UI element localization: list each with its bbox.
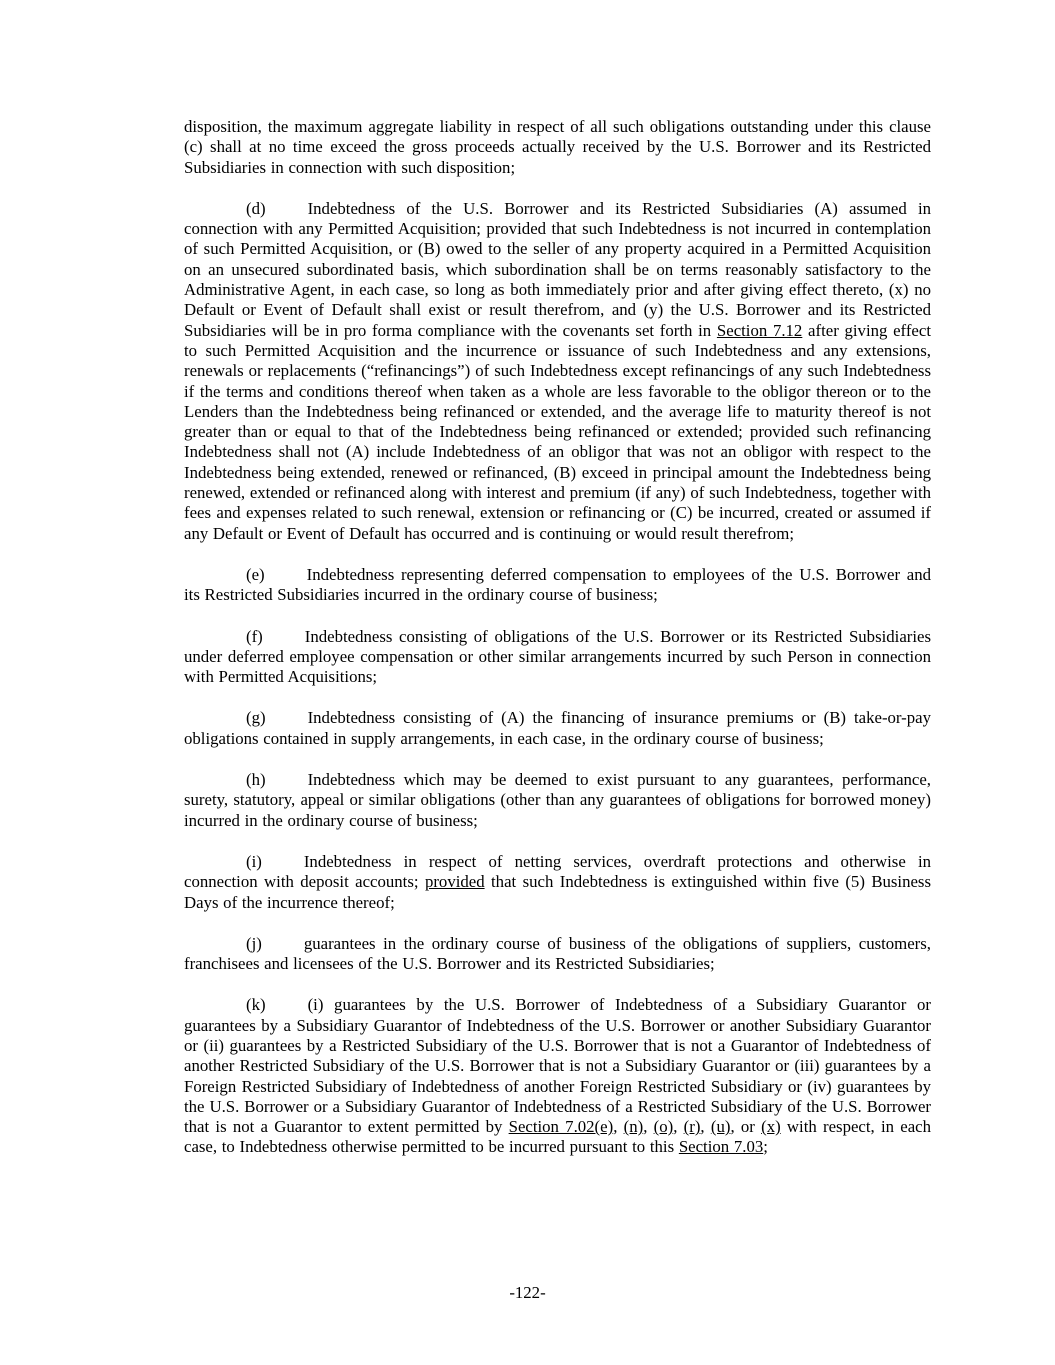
underlined-reference: Section 7.12 [717, 321, 802, 340]
paragraph-label: (d) [246, 199, 266, 218]
underlined-reference: provided [425, 872, 485, 891]
paragraph-label: (e) [246, 565, 265, 584]
paragraph: (i)Indebtedness in respect of netting se… [184, 852, 931, 913]
paragraph: (j)guarantees in the ordinary course of … [184, 934, 931, 975]
text-run: , [700, 1117, 710, 1136]
text-run: after giving effect to such Permitted Ac… [184, 321, 931, 543]
paragraph-label: (k) [246, 995, 266, 1014]
underlined-reference: Section 7.03 [679, 1137, 763, 1156]
paragraph-label: (g) [246, 708, 266, 727]
paragraph: (f)Indebtedness consisting of obligation… [184, 627, 931, 688]
underlined-reference: (u) [711, 1117, 731, 1136]
text-run: Indebtedness which may be deemed to exis… [184, 770, 931, 830]
underlined-reference: (o) [654, 1117, 674, 1136]
text-run: (i) guarantees by the U.S. Borrower of I… [184, 995, 931, 1136]
text-run: , [673, 1117, 683, 1136]
text-run: , or [730, 1117, 761, 1136]
text-run: , [643, 1117, 653, 1136]
underlined-reference: (x) [761, 1117, 781, 1136]
page-number: -122- [0, 1283, 1055, 1303]
paragraph-label: (h) [246, 770, 266, 789]
paragraph: (d)Indebtedness of the U.S. Borrower and… [184, 199, 931, 544]
underlined-reference: (r) [684, 1117, 701, 1136]
underlined-reference: (n) [624, 1117, 644, 1136]
text-run: Indebtedness representing deferred compe… [184, 565, 931, 604]
paragraph-label: (j) [246, 934, 262, 953]
text-run: , [613, 1117, 623, 1136]
text-run: Indebtedness consisting of (A) the finan… [184, 708, 931, 747]
document-body: disposition, the maximum aggregate liabi… [184, 117, 931, 1179]
paragraph-label: (f) [246, 627, 263, 646]
paragraph: (k)(i) guarantees by the U.S. Borrower o… [184, 995, 931, 1157]
paragraph: (h)Indebtedness which may be deemed to e… [184, 770, 931, 831]
underlined-reference: Section 7.02(e) [509, 1117, 614, 1136]
text-run: Indebtedness consisting of obligations o… [184, 627, 931, 687]
text-run: ; [763, 1137, 768, 1156]
paragraph: disposition, the maximum aggregate liabi… [184, 117, 931, 178]
text-run: Indebtedness of the U.S. Borrower and it… [184, 199, 931, 340]
text-run: guarantees in the ordinary course of bus… [184, 934, 931, 973]
paragraph-label: (i) [246, 852, 262, 871]
paragraph: (e)Indebtedness representing deferred co… [184, 565, 931, 606]
text-run: disposition, the maximum aggregate liabi… [184, 117, 931, 177]
paragraph: (g)Indebtedness consisting of (A) the fi… [184, 708, 931, 749]
document-page: disposition, the maximum aggregate liabi… [0, 0, 1055, 1365]
